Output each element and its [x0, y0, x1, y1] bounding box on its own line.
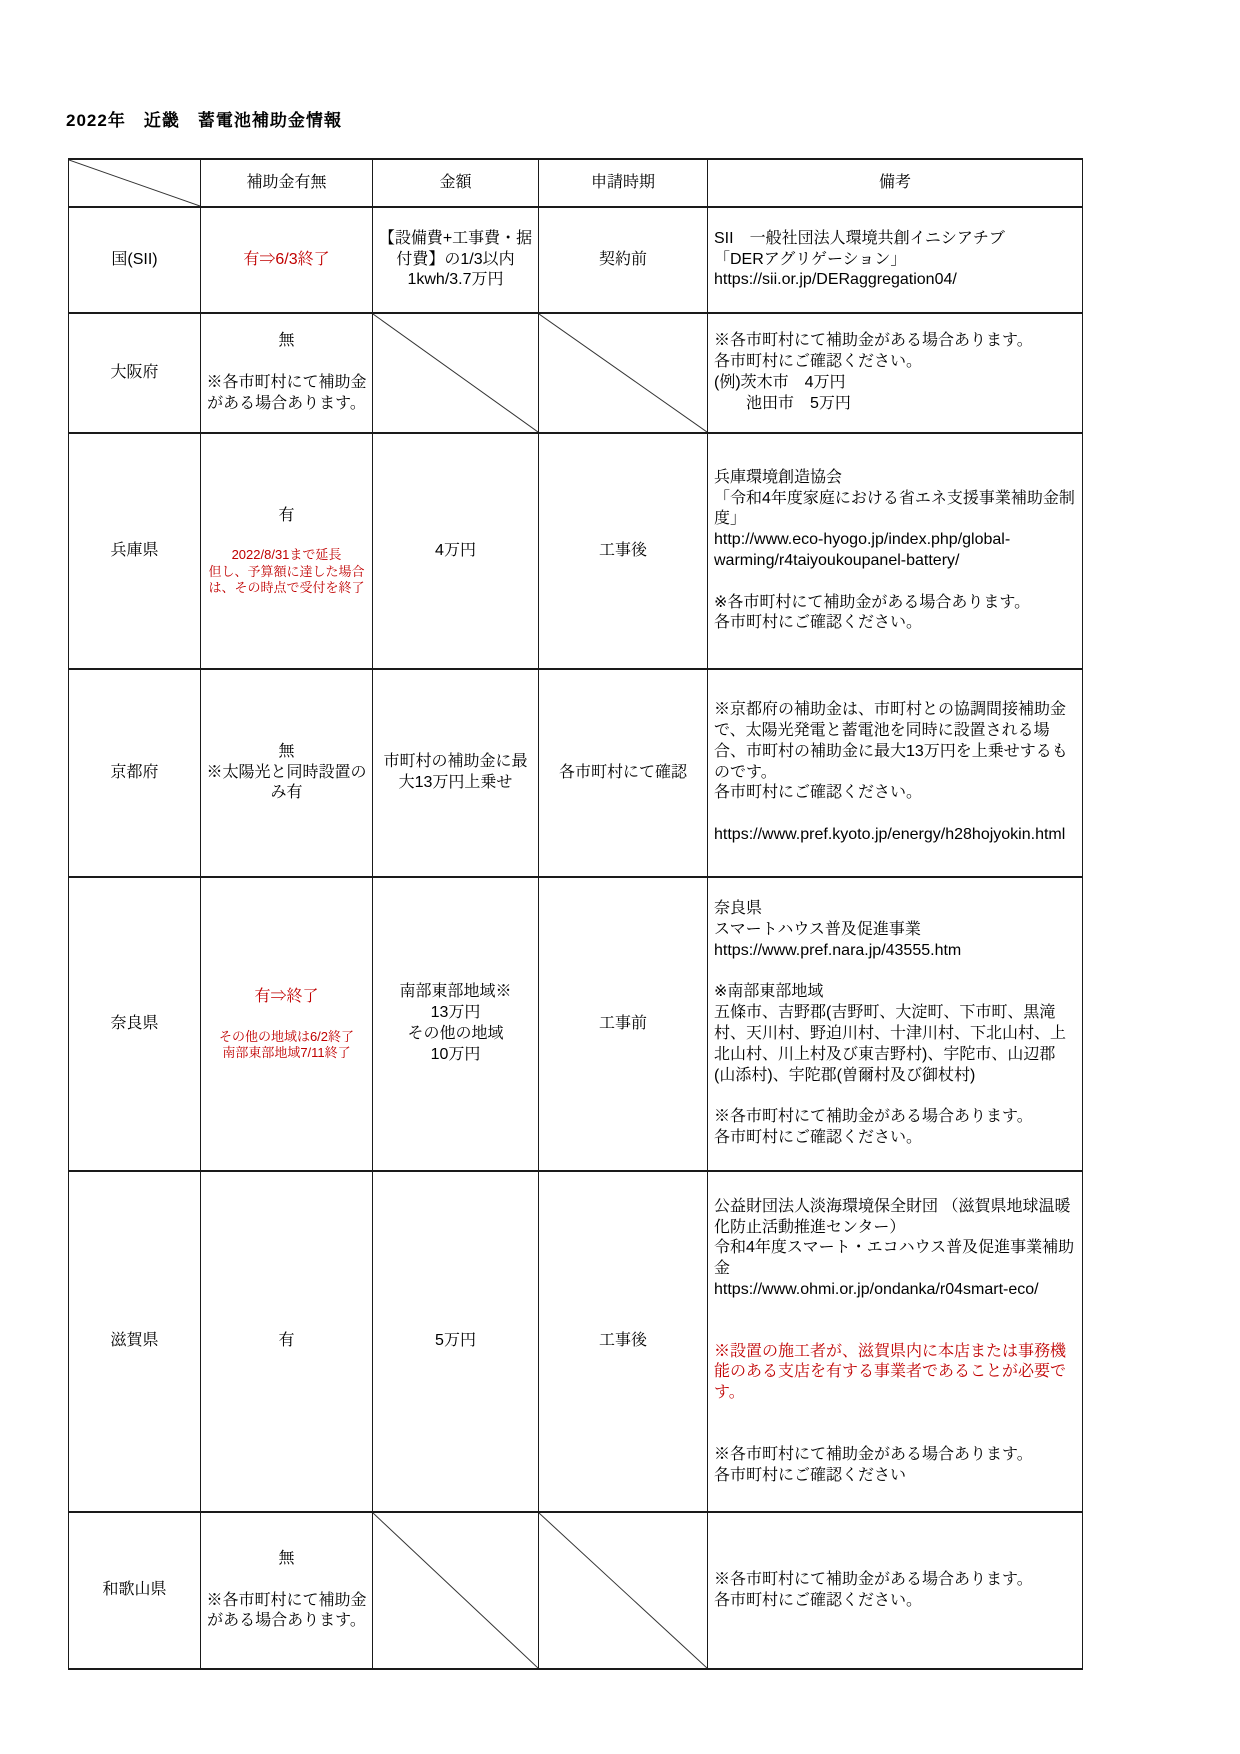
region-label: 大阪府	[69, 313, 201, 433]
availability-cell: 有⇒6/3終了	[201, 207, 373, 313]
availability-note: 2022/8/31まで延長 但し、予算額に達した場合は、その時点で受付を終了	[205, 547, 368, 596]
diagonal-line	[539, 1513, 707, 1668]
amount-cell: 【設備費+工事費・据付費】の1/3以内 1kwh/3.7万円	[373, 207, 539, 313]
remarks-warning: ※設置の施工者が、滋賀県内に本店または事務機能のある支店を有する事業者であること…	[714, 1342, 1076, 1404]
header-row: 補助金有無 金額 申請時期 備考	[69, 159, 1083, 207]
period-cell: 工事前	[539, 877, 708, 1171]
header-remarks: 備考	[708, 159, 1083, 207]
diagonal-line	[69, 160, 200, 206]
row-hyogo: 兵庫県 有 2022/8/31まで延長 但し、予算額に達した場合は、その時点で受…	[69, 433, 1083, 669]
period-cell-empty	[539, 1512, 708, 1669]
period-cell: 工事後	[539, 433, 708, 669]
corner-cell	[69, 159, 201, 207]
row-kyoto: 京都府 無 ※太陽光と同時設置のみ有 市町村の補助金に最大13万円上乗せ 各市町…	[69, 669, 1083, 877]
amount-cell-empty	[373, 1512, 539, 1669]
row-shiga: 滋賀県 有 5万円 工事後 公益財団法人淡海環境保全財団 （滋賀県地球温暖化防止…	[69, 1171, 1083, 1512]
availability-cell: 有⇒終了 その他の地域は6/2終了 南部東部地域7/11終了	[201, 877, 373, 1171]
period-cell-empty	[539, 313, 708, 433]
page-title: 2022年 近畿 蓄電池補助金情報	[66, 106, 342, 131]
region-label: 京都府	[69, 669, 201, 877]
remarks-main: 公益財団法人淡海環境保全財団 （滋賀県地球温暖化防止活動推進センター） 令和4年…	[714, 1197, 1076, 1301]
amount-cell: 5万円	[373, 1171, 539, 1512]
remarks-cell: 兵庫環境創造協会 「令和4年度家庭における省エネ支援事業補助金制度」 http:…	[708, 433, 1083, 669]
region-label: 国(SII)	[69, 207, 201, 313]
remarks-cell: ※各市町村にて補助金がある場合あります。 各市町村にご確認ください。 (例)茨木…	[708, 313, 1083, 433]
remarks-tail: ※各市町村にて補助金がある場合あります。 各市町村にご確認ください	[714, 1445, 1076, 1487]
amount-cell-empty	[373, 313, 539, 433]
availability-cell: 有	[201, 1171, 373, 1512]
row-nara: 奈良県 有⇒終了 その他の地域は6/2終了 南部東部地域7/11終了 南部東部地…	[69, 877, 1083, 1171]
availability-status: 有	[205, 506, 368, 527]
row-national-sii: 国(SII) 有⇒6/3終了 【設備費+工事費・据付費】の1/3以内 1kwh/…	[69, 207, 1083, 313]
header-availability: 補助金有無	[201, 159, 373, 207]
availability-cell: 無 ※各市町村にて補助金がある場合あります。	[201, 1512, 373, 1669]
remarks-cell: 奈良県 スマートハウス普及促進事業 https://www.pref.nara.…	[708, 877, 1083, 1171]
period-cell: 各市町村にて確認	[539, 669, 708, 877]
availability-status: 有⇒終了	[205, 987, 368, 1008]
remarks-cell: 公益財団法人淡海環境保全財団 （滋賀県地球温暖化防止活動推進センター） 令和4年…	[708, 1171, 1083, 1512]
subsidy-table: 補助金有無 金額 申請時期 備考 国(SII) 有⇒6/3終了 【設備費+工事費…	[68, 158, 1083, 1670]
diagonal-line	[539, 314, 707, 432]
availability-note: その他の地域は6/2終了 南部東部地域7/11終了	[205, 1029, 368, 1062]
region-label: 兵庫県	[69, 433, 201, 669]
amount-cell: 市町村の補助金に最大13万円上乗せ	[373, 669, 539, 877]
availability-cell: 有 2022/8/31まで延長 但し、予算額に達した場合は、その時点で受付を終了	[201, 433, 373, 669]
amount-cell: 4万円	[373, 433, 539, 669]
amount-cell: 南部東部地域※ 13万円 その他の地域 10万円	[373, 877, 539, 1171]
period-cell: 契約前	[539, 207, 708, 313]
row-osaka: 大阪府 無 ※各市町村にて補助金がある場合あります。 ※各市町村にて補助金がある…	[69, 313, 1083, 433]
diagonal-line	[373, 1513, 538, 1668]
row-wakayama: 和歌山県 無 ※各市町村にて補助金がある場合あります。 ※各市町村にて補助金があ…	[69, 1512, 1083, 1669]
header-period: 申請時期	[539, 159, 708, 207]
remarks-cell: ※京都府の補助金は、市町村との協調間接補助金で、太陽光発電と蓄電池を同時に設置さ…	[708, 669, 1083, 877]
remarks-cell: ※各市町村にて補助金がある場合あります。 各市町村にご確認ください。	[708, 1512, 1083, 1669]
diagonal-line	[373, 314, 538, 432]
header-amount: 金額	[373, 159, 539, 207]
remarks-cell: SII 一般社団法人環境共創イニシアチブ 「DERアグリゲーション」 https…	[708, 207, 1083, 313]
region-label: 滋賀県	[69, 1171, 201, 1512]
period-cell: 工事後	[539, 1171, 708, 1512]
region-label: 奈良県	[69, 877, 201, 1171]
availability-cell: 無 ※太陽光と同時設置のみ有	[201, 669, 373, 877]
availability-cell: 無 ※各市町村にて補助金がある場合あります。	[201, 313, 373, 433]
region-label: 和歌山県	[69, 1512, 201, 1669]
